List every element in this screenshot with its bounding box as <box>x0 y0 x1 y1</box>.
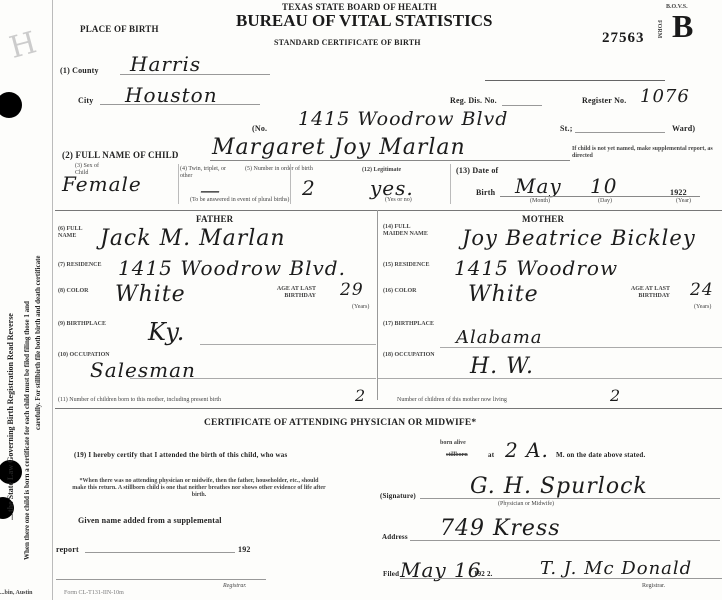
ward-label: Ward) <box>672 124 695 133</box>
supplemental-note: If child is not yet named, make suppleme… <box>572 146 720 160</box>
subtitle: STANDARD CERTIFICATE OF BIRTH <box>274 38 421 47</box>
register-value: 1076 <box>640 86 690 107</box>
mother-color-label: (16) COLOR <box>383 288 417 295</box>
day-caption: (Day) <box>598 198 612 205</box>
county-label: (1) County <box>60 66 99 75</box>
form-letter: B <box>672 8 693 45</box>
given-name-note: Given name added from a supplemental <box>78 516 222 525</box>
side-margin-line2: When there one child is born a certifica… <box>23 301 31 560</box>
father-residence-label: (7) RESIDENCE <box>58 262 102 269</box>
at-label: at <box>488 451 494 459</box>
plural-note: (To be answered in event of plural birth… <box>190 197 289 204</box>
mother-occupation-label: (18) OCCUPATION <box>383 352 435 359</box>
certify-text: (19) I hereby certify that I attended th… <box>74 451 287 459</box>
mother-occupation-value: H. W. <box>470 354 534 379</box>
year-caption: (Year) <box>676 198 691 205</box>
margin-rule <box>52 0 53 600</box>
mother-name-label: (14) FULL MAIDEN NAME <box>383 224 428 238</box>
footnote: *When there was no attending physician o… <box>72 478 326 499</box>
street-no-label: (No. <box>252 124 267 133</box>
report-label: report <box>56 545 79 554</box>
reg-dis-label: Reg. Dis. No. <box>450 96 497 105</box>
mother-name-value: Joy Beatrice Bickley <box>462 226 696 250</box>
certificate-number: 27563 <box>602 30 645 47</box>
place-of-birth-heading: PLACE OF BIRTH <box>80 24 159 34</box>
date-of-label: (13) Date of <box>456 166 498 175</box>
children-born-label: (11) Number of children born to this mot… <box>58 397 221 404</box>
order-value: 2 <box>302 176 316 200</box>
children-living-label: Number of children of this mother now li… <box>397 397 507 404</box>
father-name-label: (6) FULL NAME <box>58 226 98 240</box>
mother-color-value: White <box>468 282 539 307</box>
father-name-value: Jack M. Marlan <box>100 226 286 251</box>
city-label: City <box>78 96 93 105</box>
father-birthplace-value: Ky. <box>148 318 185 346</box>
born-alive-label: born alive <box>440 440 466 447</box>
child-name-label: (2) FULL NAME OF CHILD <box>62 150 179 160</box>
father-color-label: (8) COLOR <box>58 288 89 295</box>
yes-no-caption: (Yes or no) <box>385 197 412 204</box>
registrar-caption: Registrar. <box>642 583 665 590</box>
birth-label: Birth <box>476 188 495 197</box>
children-born-value: 2 <box>355 386 366 405</box>
report-year: 192 <box>238 545 251 554</box>
bureau-title: BUREAU OF VITAL STATISTICS <box>236 11 493 31</box>
register-label: Register No. <box>582 96 626 105</box>
mother-age-label: AGE AT LAST BIRTHDAY <box>610 286 670 300</box>
side-margin-line3: carefully. For stillbirth file both birt… <box>34 255 42 430</box>
time-suffix: M. on the date above stated. <box>556 451 645 459</box>
printer-label: ...bin, Austin <box>0 590 33 597</box>
father-heading: FATHER <box>196 214 233 224</box>
county-value: Harris <box>130 52 201 76</box>
st-label: St.; <box>560 124 573 133</box>
order-label: (5) Number in order of birth <box>245 166 315 173</box>
father-years-caption: (Years) <box>352 304 369 311</box>
certificate-heading: CERTIFICATE OF ATTENDING PHYSICIAN OR MI… <box>204 418 476 428</box>
form-code: Form CL-T131-IIN-10m <box>64 590 124 597</box>
father-color-value: White <box>115 282 186 307</box>
form-label: FORM <box>655 20 662 38</box>
children-living-value: 2 <box>610 386 621 405</box>
signature-value: G. H. Spurlock <box>470 474 648 499</box>
father-age-value: 29 <box>340 280 364 300</box>
father-residence-value: 1415 Woodrow Blvd. <box>118 256 346 280</box>
child-name-value: Margaret Joy Marlan <box>212 135 466 160</box>
mother-age-value: 24 <box>690 280 714 300</box>
birth-time-value: 2 A. <box>505 438 549 462</box>
side-margin-line1: ... the State Law Governing Birth Regist… <box>6 313 15 520</box>
sex-value: Female <box>62 172 142 196</box>
signature-caption: (Physician or Midwife) <box>498 501 554 508</box>
signature-label: (Signature) <box>380 492 416 500</box>
mother-years-caption: (Years) <box>694 304 711 311</box>
stillborn-label: stillborn <box>446 452 468 459</box>
mother-heading: MOTHER <box>522 214 564 224</box>
mother-birthplace-label: (17) BIRTHPLACE <box>383 321 434 328</box>
filed-year: , 192 2. <box>470 570 493 578</box>
punch-hole-top <box>0 92 22 118</box>
month-caption: (Month) <box>530 198 550 205</box>
legitimate-label: (12) Legitimate <box>362 167 401 174</box>
mother-residence-value: 1415 Woodrow <box>454 256 618 280</box>
birth-day: 10 <box>590 174 617 198</box>
supplemental-registrar-label: Registrar. <box>223 583 247 590</box>
mother-birthplace-value: Alabama <box>456 327 543 348</box>
father-age-label: AGE AT LAST BIRTHDAY <box>256 286 316 300</box>
street-value: 1415 Woodrow Blvd <box>298 108 508 130</box>
marginal-mark: H <box>6 25 40 66</box>
registrar-signature: T. J. Mc Donald <box>540 558 692 579</box>
address-value: 749 Kress <box>440 516 561 541</box>
birth-month: May <box>515 174 562 198</box>
father-birthplace-label: (9) BIRTHPLACE <box>58 321 106 328</box>
mother-residence-label: (15) RESIDENCE <box>383 262 430 269</box>
address-label: Address <box>382 533 408 541</box>
filed-label: Filed <box>383 570 399 578</box>
